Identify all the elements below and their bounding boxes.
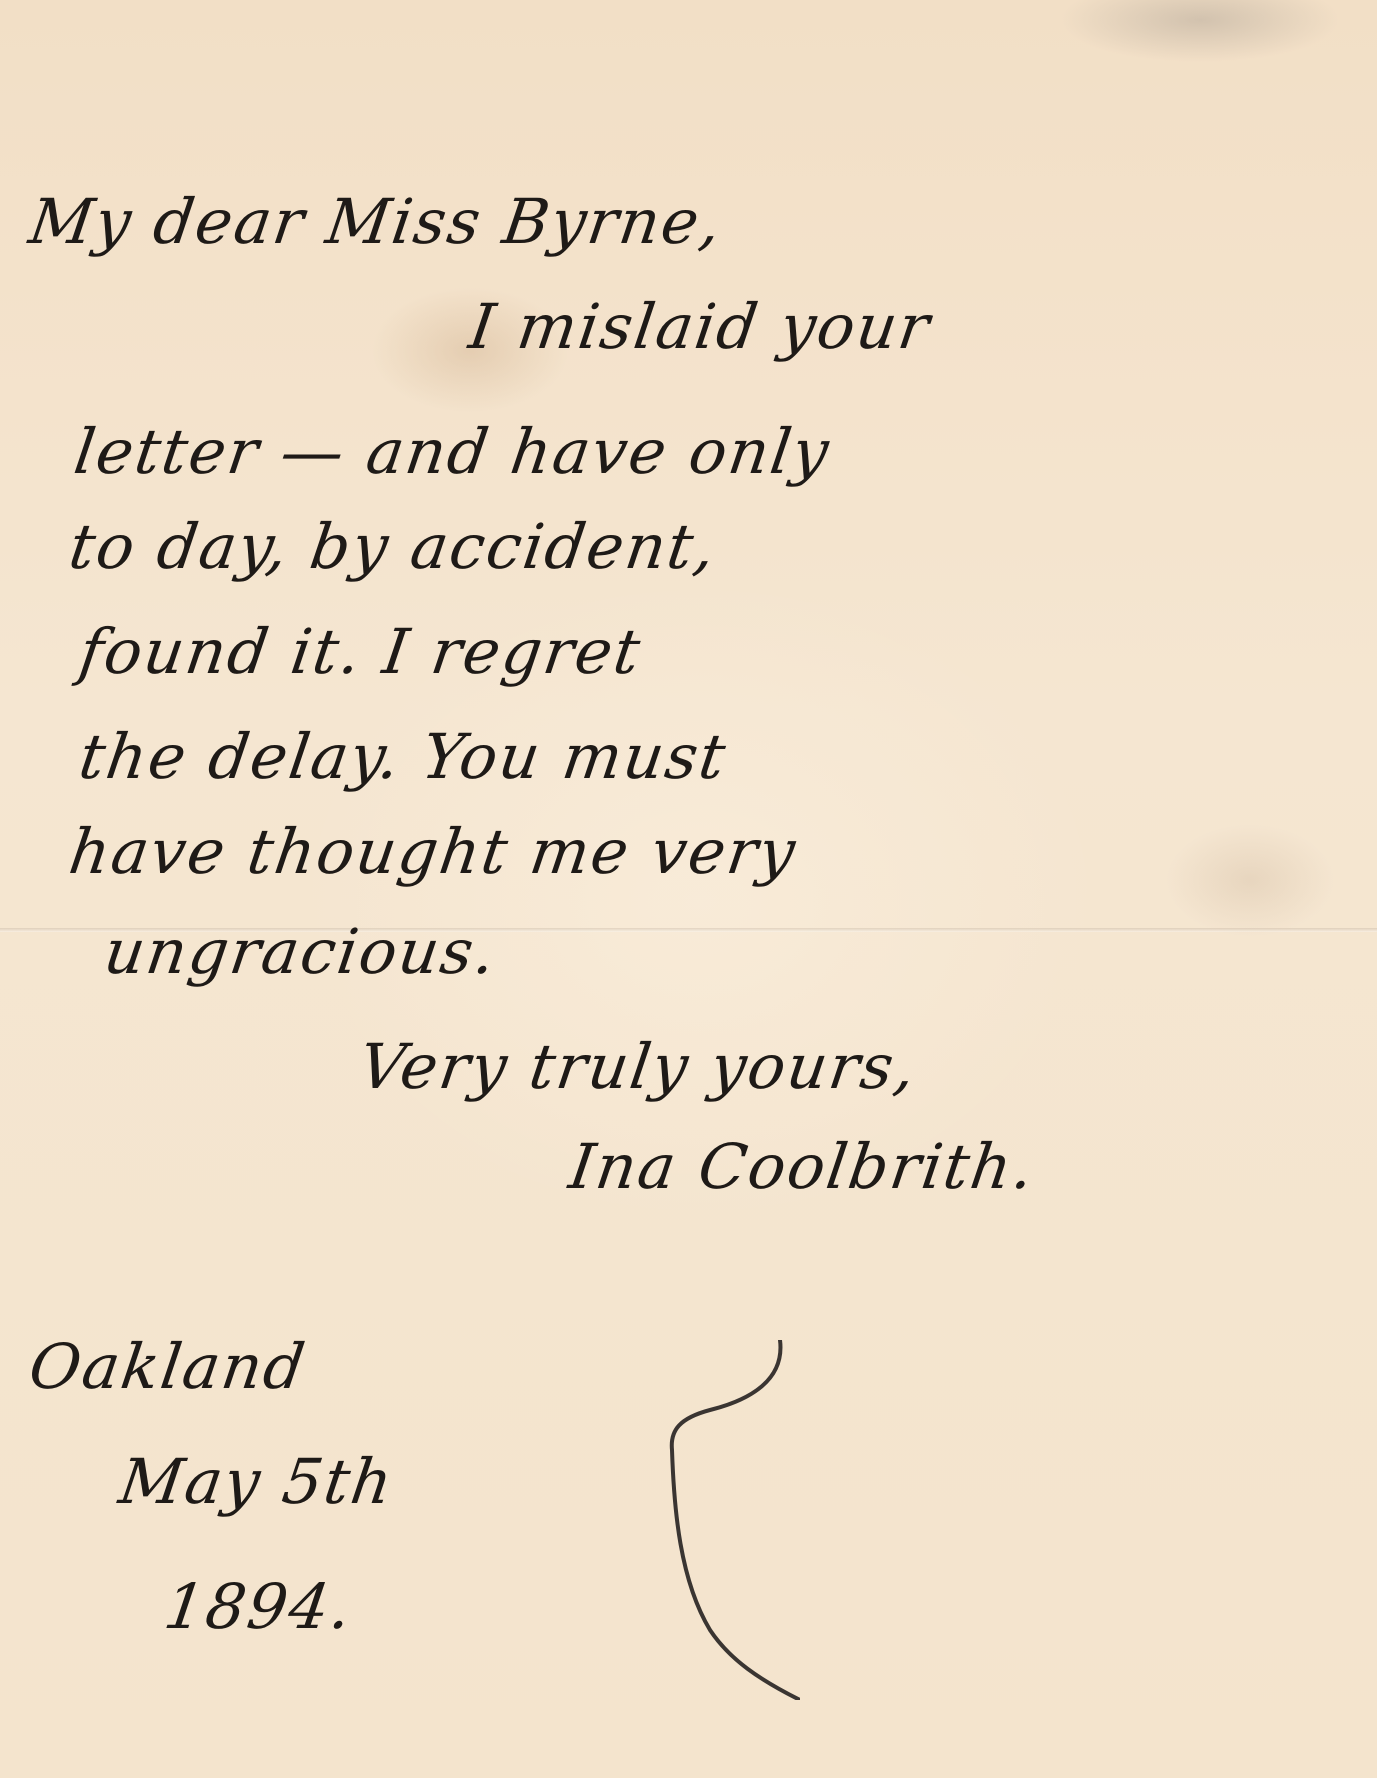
body-line-2: letter — and have only xyxy=(70,415,835,488)
place: Oakland xyxy=(25,1330,311,1403)
body-line-3: to day, by accident, xyxy=(65,510,722,583)
date-line: May 5th xyxy=(115,1445,399,1518)
salutation: My dear Miss Byrne, xyxy=(25,185,727,258)
year: 1894. xyxy=(160,1570,358,1643)
closing: Very truly yours, xyxy=(355,1030,922,1103)
body-line-5: the delay. You must xyxy=(75,720,732,793)
body-line-7: ungracious. xyxy=(100,915,502,988)
curly-brace-mark xyxy=(600,1340,800,1700)
signature: Ina Coolbrith. xyxy=(565,1130,1040,1203)
body-line-6: have thought me very xyxy=(65,815,802,888)
body-line-1: I mislaid your xyxy=(465,290,936,363)
body-line-4: found it. I regret xyxy=(75,615,646,688)
